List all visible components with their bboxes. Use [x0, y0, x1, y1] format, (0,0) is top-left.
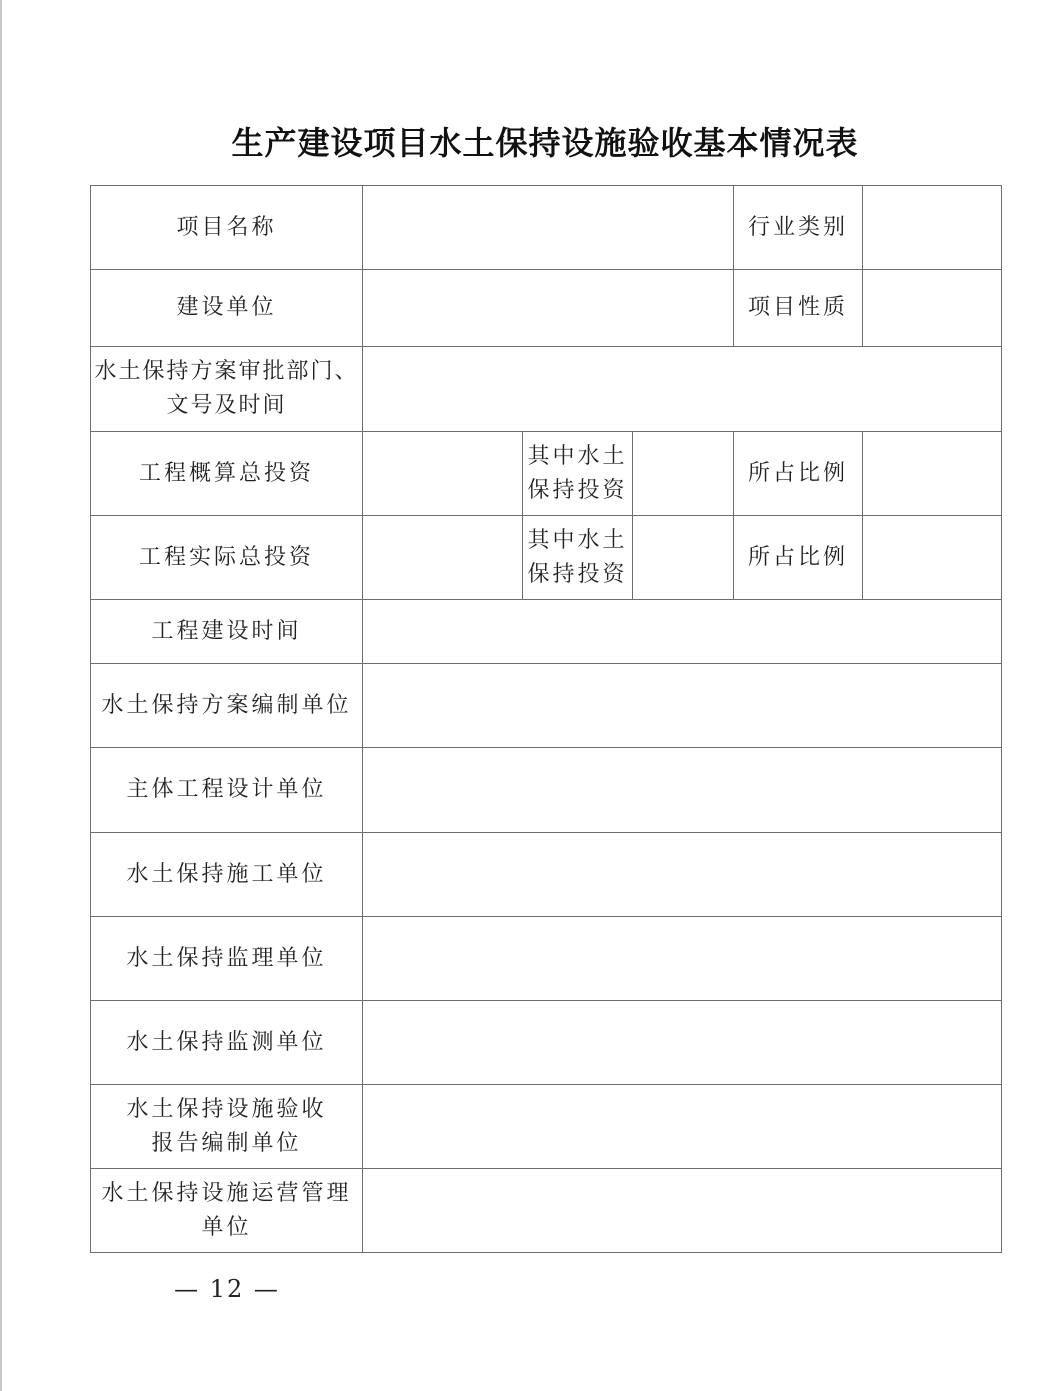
estimated-investment-field[interactable]: [363, 432, 523, 516]
table-row: 工程实际总投资 其中水土保持投资 所占比例: [91, 516, 1002, 600]
industry-category-label: 行业类别: [734, 186, 863, 270]
table-row: 主体工程设计单位: [91, 748, 1002, 833]
page-number: — 12 —: [172, 1275, 282, 1303]
acceptance-info-table: 项目名称 行业类别 建设单位 项目性质 水土保持方案审批部门、文号及时间 工程概…: [90, 185, 1002, 1253]
operation-unit-field[interactable]: [363, 1169, 1002, 1253]
supervision-unit-label: 水土保持监理单位: [91, 917, 363, 1001]
table-row: 水土保持方案审批部门、文号及时间: [91, 347, 1002, 432]
actual-investment-field[interactable]: [363, 516, 523, 600]
plan-unit-label: 水土保持方案编制单位: [91, 664, 363, 748]
construction-time-label: 工程建设时间: [91, 600, 363, 664]
page-title: 生产建设项目水土保持设施验收基本情况表: [0, 118, 1064, 164]
project-name-field[interactable]: [363, 186, 734, 270]
table-row: 水土保持方案编制单位: [91, 664, 1002, 748]
table-row: 水土保持监测单位: [91, 1001, 1002, 1085]
report-unit-label: 水土保持设施验收报告编制单位: [91, 1085, 363, 1169]
table-row: 项目名称 行业类别: [91, 186, 1002, 270]
table-row: 工程概算总投资 其中水土保持投资 所占比例: [91, 432, 1002, 516]
construction-org-field[interactable]: [363, 833, 1002, 917]
table-row: 水土保持设施运营管理单位: [91, 1169, 1002, 1253]
estimated-swc-investment-label: 其中水土保持投资: [523, 432, 633, 516]
estimated-swc-investment-field[interactable]: [633, 432, 734, 516]
table-row: 工程建设时间: [91, 600, 1002, 664]
page-edge: [0, 0, 2, 1391]
estimated-ratio-field[interactable]: [863, 432, 1002, 516]
supervision-unit-field[interactable]: [363, 917, 1002, 1001]
actual-swc-investment-label: 其中水土保持投资: [523, 516, 633, 600]
actual-swc-investment-field[interactable]: [633, 516, 734, 600]
monitoring-unit-label: 水土保持监测单位: [91, 1001, 363, 1085]
construction-unit-label: 建设单位: [91, 270, 363, 347]
industry-category-field[interactable]: [863, 186, 1002, 270]
design-unit-label: 主体工程设计单位: [91, 748, 363, 833]
construction-time-field[interactable]: [363, 600, 1002, 664]
approval-label: 水土保持方案审批部门、文号及时间: [91, 347, 363, 432]
estimated-investment-label: 工程概算总投资: [91, 432, 363, 516]
actual-ratio-field[interactable]: [863, 516, 1002, 600]
approval-field[interactable]: [363, 347, 1002, 432]
monitoring-unit-field[interactable]: [363, 1001, 1002, 1085]
table-row: 水土保持设施验收报告编制单位: [91, 1085, 1002, 1169]
plan-unit-field[interactable]: [363, 664, 1002, 748]
project-name-label: 项目名称: [91, 186, 363, 270]
project-nature-field[interactable]: [863, 270, 1002, 347]
construction-org-label: 水土保持施工单位: [91, 833, 363, 917]
actual-investment-label: 工程实际总投资: [91, 516, 363, 600]
report-unit-field[interactable]: [363, 1085, 1002, 1169]
table-row: 水土保持施工单位: [91, 833, 1002, 917]
operation-unit-label: 水土保持设施运营管理单位: [91, 1169, 363, 1253]
table-row: 建设单位 项目性质: [91, 270, 1002, 347]
project-nature-label: 项目性质: [734, 270, 863, 347]
actual-ratio-label: 所占比例: [734, 516, 863, 600]
estimated-ratio-label: 所占比例: [734, 432, 863, 516]
design-unit-field[interactable]: [363, 748, 1002, 833]
construction-unit-field[interactable]: [363, 270, 734, 347]
table-row: 水土保持监理单位: [91, 917, 1002, 1001]
